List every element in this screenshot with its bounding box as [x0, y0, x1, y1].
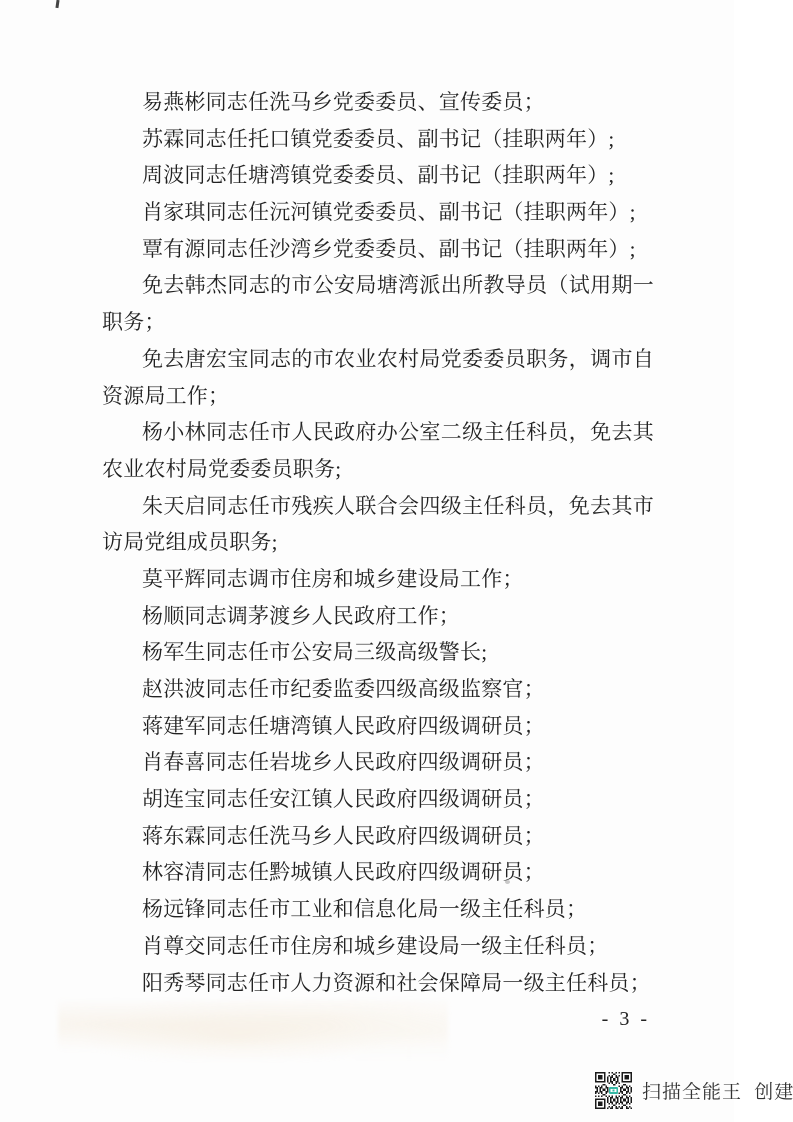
text-line: 胡连宝同志任安江镇人民政府四级调研员； [102, 781, 654, 818]
scan-artifact-mark [55, 0, 59, 8]
text-line: 肖家琪同志任沅河镇党委委员、副书记（挂职两年）; [102, 194, 654, 231]
text-line: 莫平辉同志调市住房和城乡建设局工作； [102, 561, 654, 598]
text-line: 免去韩杰同志的市公安局塘湾派出所教导员（试用期一年） [102, 267, 654, 304]
text-line: 林容清同志任黔城镇人民政府四级调研员； [102, 854, 654, 891]
text-line: 资源局工作； [102, 378, 654, 415]
page-number: - 3 - [560, 1002, 650, 1036]
text-line: 肖尊交同志任市住房和城乡建设局一级主任科员； [102, 928, 654, 965]
text-line: 肖春喜同志任岩垅乡人民政府四级调研员； [102, 744, 654, 781]
watermark-text: 扫描全能王 创建 [642, 1077, 793, 1104]
text-line: 杨远锋同志任市工业和信息化局一级主任科员； [102, 891, 654, 928]
text-line: 杨军生同志任市公安局三级高级警长; [102, 634, 654, 671]
text-line: 覃有源同志任沙湾乡党委委员、副书记（挂职两年）; [102, 231, 654, 268]
qr-code-icon [595, 1072, 632, 1109]
text-line: 职务； [102, 304, 654, 341]
text-line: 阳秀琴同志任市人力资源和社会保障局一级主任科员； [102, 965, 654, 1002]
scan-edge [734, 0, 793, 1122]
text-line: 免去唐宏宝同志的市农业农村局党委委员职务，调市自然 [102, 341, 654, 378]
text-line: 农业农村局党委委员职务; [102, 451, 654, 488]
text-line: 蒋建军同志任塘湾镇人民政府四级调研员； [102, 708, 654, 745]
text-line: 杨顺同志调茅渡乡人民政府工作； [102, 598, 654, 635]
text-line: 访局党组成员职务; [102, 524, 654, 561]
text-line: 易燕彬同志任洗马乡党委委员、宣传委员； [102, 84, 654, 121]
text-line: 周波同志任塘湾镇党委委员、副书记（挂职两年）; [102, 157, 654, 194]
scan-noise [58, 1000, 448, 1060]
text-line: 赵洪波同志任市纪委监委四级高级监察官； [102, 671, 654, 708]
scanned-document-page: 易燕彬同志任洗马乡党委委员、宣传委员； 苏霖同志任托口镇党委委员、副书记（挂职两… [0, 0, 793, 1122]
text-line: 朱天启同志任市残疾人联合会四级主任科员，免去其市信 [102, 488, 654, 525]
text-line: 蒋东霖同志任洗马乡人民政府四级调研员； [102, 818, 654, 855]
document-body: 易燕彬同志任洗马乡党委委员、宣传委员； 苏霖同志任托口镇党委委员、副书记（挂职两… [102, 84, 654, 1001]
scanner-watermark: 扫描全能王 创建 [595, 1071, 793, 1109]
text-line: 苏霖同志任托口镇党委委员、副书记（挂职两年）; [102, 121, 654, 158]
text-line: 杨小林同志任市人民政府办公室二级主任科员，免去其市 [102, 414, 654, 451]
